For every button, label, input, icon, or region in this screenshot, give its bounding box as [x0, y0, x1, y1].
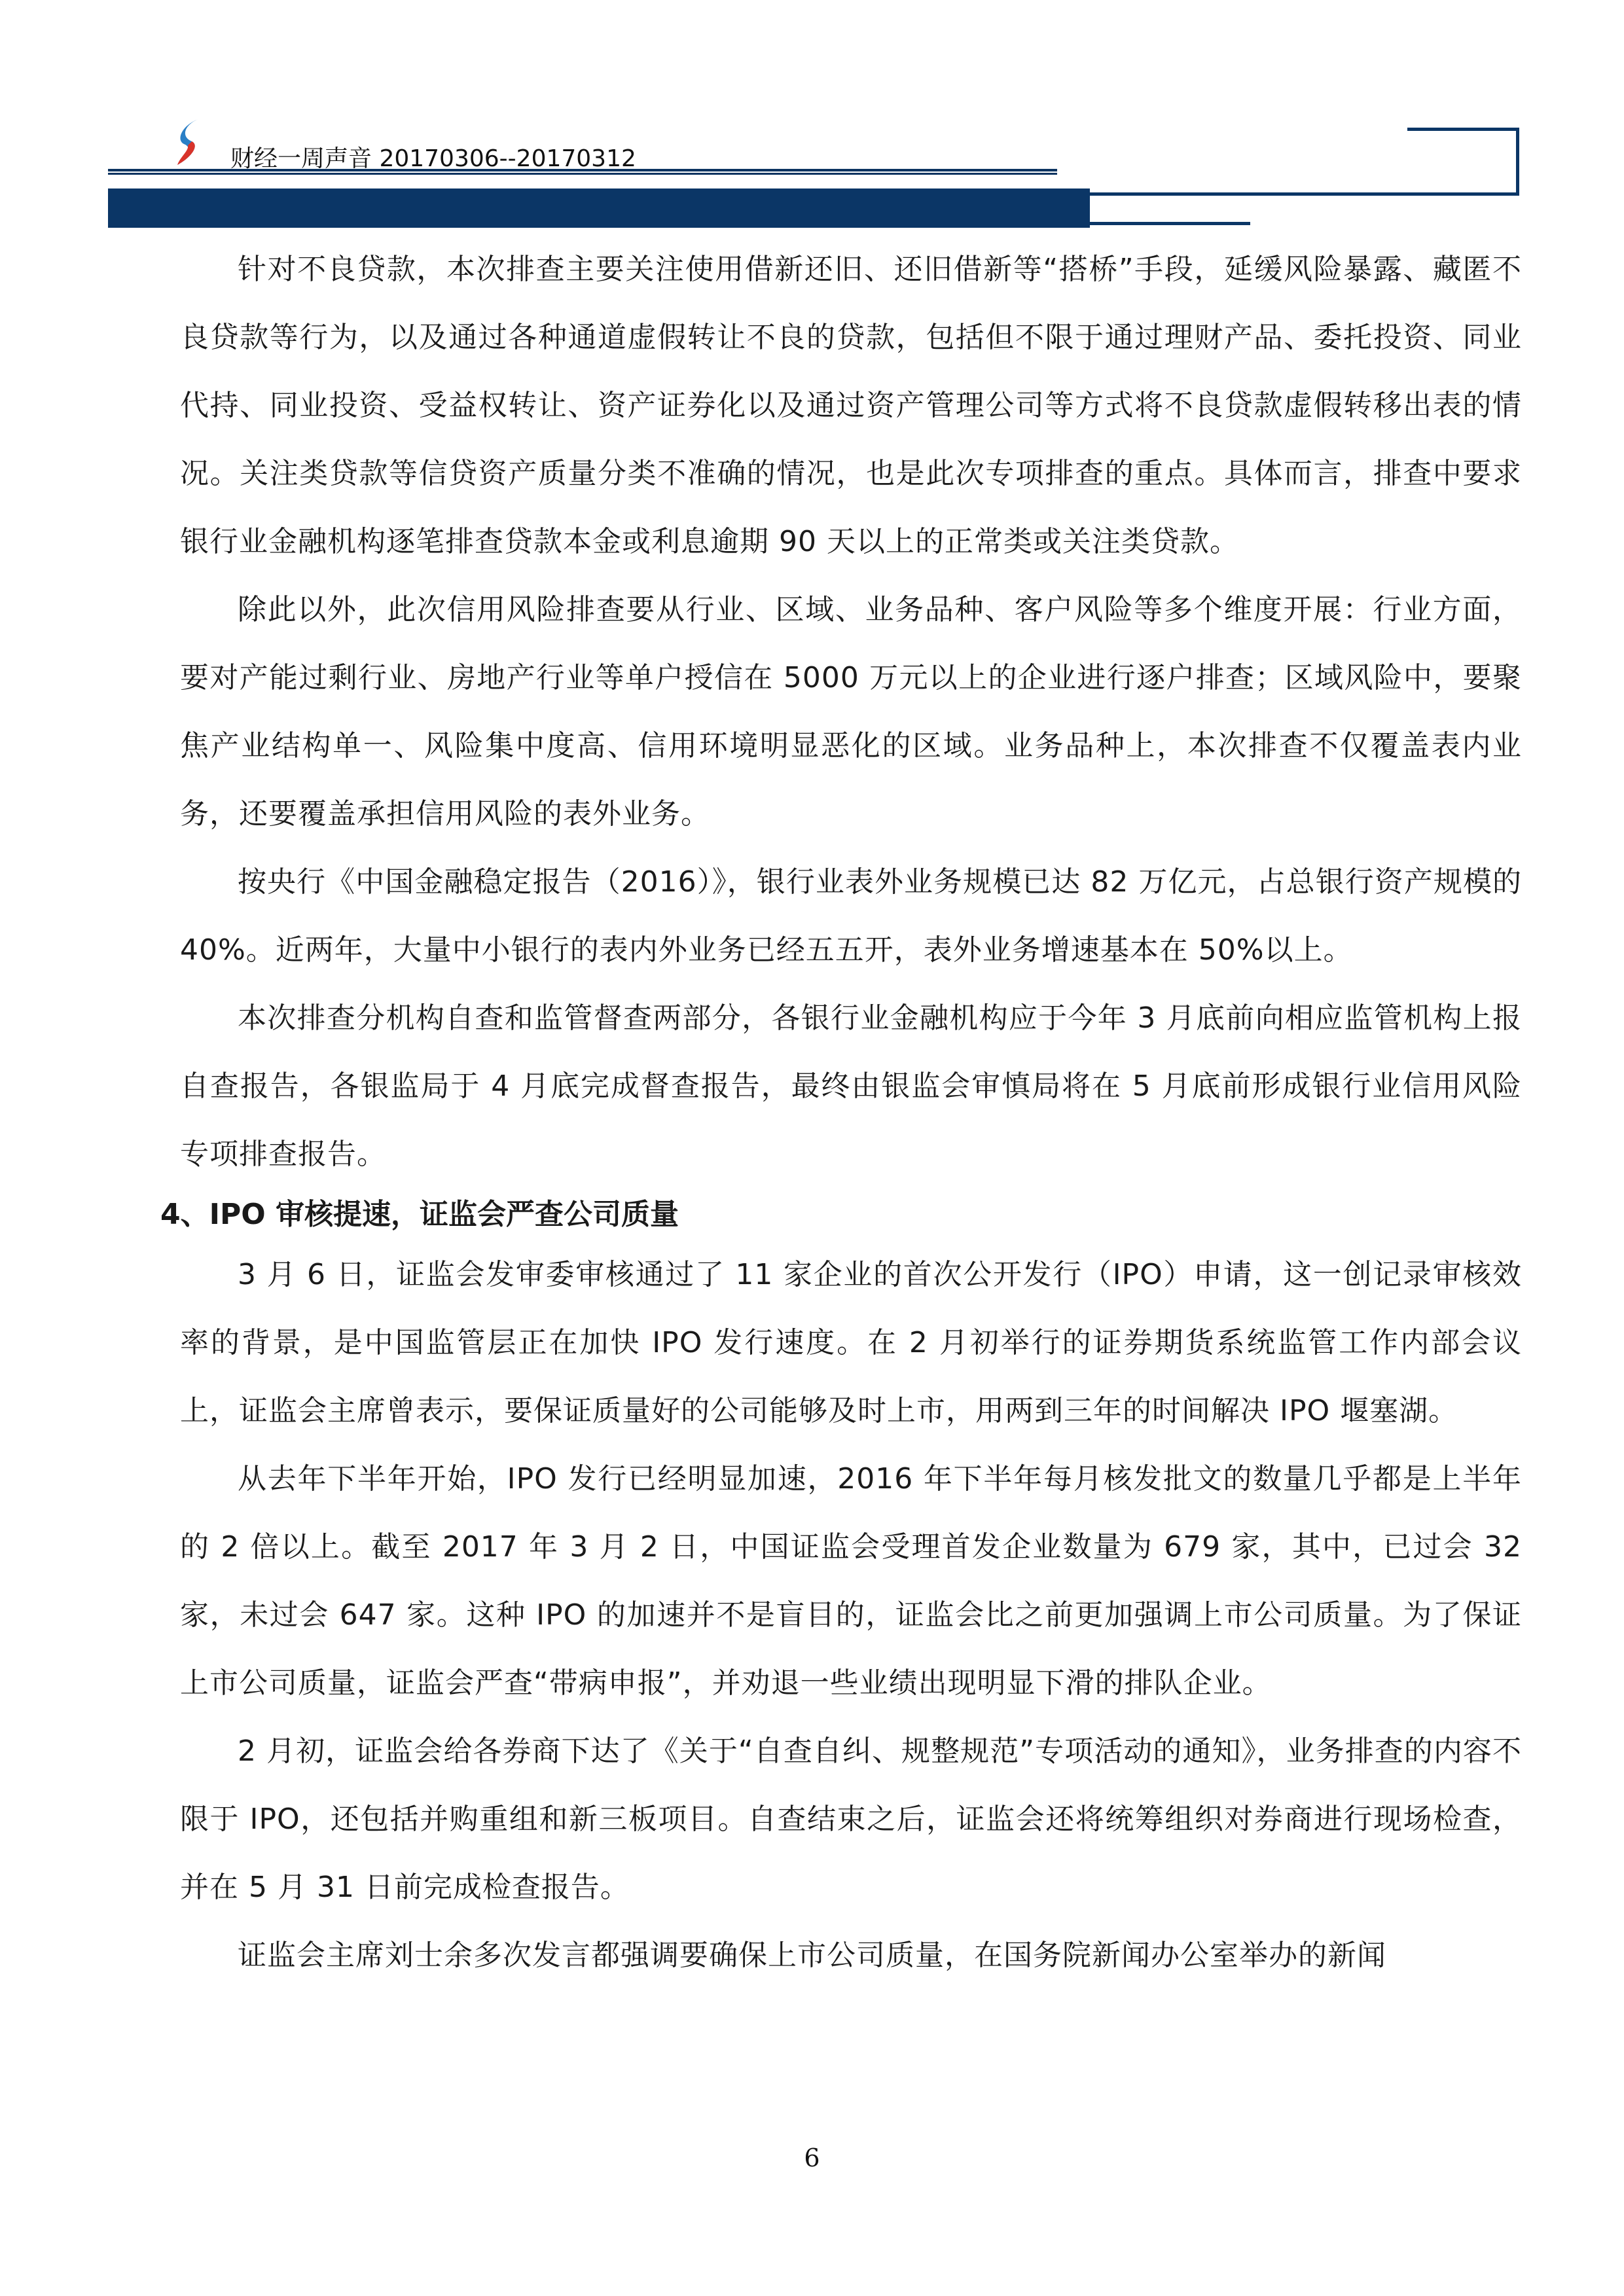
header-rule: [108, 173, 1057, 175]
paragraph: 本次排查分机构自查和监管督查两部分，各银行业金融机构应于今年 3 月底前向相应监…: [180, 984, 1522, 1189]
paragraph: 3 月 6 日，证监会发审委审核通过了 11 家企业的首次公开发行（IPO）申请…: [180, 1241, 1522, 1445]
header-frame: [1041, 192, 1519, 196]
header-frame: [1407, 128, 1517, 131]
paragraph: 从去年下半年开始，IPO 发行已经明显加速，2016 年下半年每月核发批文的数量…: [180, 1445, 1522, 1717]
logo-icon: [173, 118, 206, 170]
document-body: 针对不良贷款，本次排查主要关注使用借新还旧、还旧借新等“搭桥”手段，延缓风险暴露…: [180, 236, 1522, 1990]
header-rule: [108, 169, 1057, 171]
paragraph: 2 月初，证监会给各券商下达了《关于“自查自纠、规整规范”专项活动的通知》，业务…: [180, 1717, 1522, 1922]
header-frame: [1041, 222, 1250, 225]
paragraph: 除此以外，此次信用风险排查要从行业、区域、业务品种、客户风险等多个维度开展：行业…: [180, 576, 1522, 848]
page-number: 6: [0, 2144, 1624, 2172]
header-frame: [1041, 192, 1044, 225]
paragraph: 证监会主席刘士余多次发言都强调要确保上市公司质量，在国务院新闻办公室举办的新闻: [180, 1922, 1522, 1990]
paragraph: 按央行《中国金融稳定报告（2016）》，银行业表外业务规模已达 82 万亿元，占…: [180, 848, 1522, 984]
paragraph: 针对不良贷款，本次排查主要关注使用借新还旧、还旧借新等“搭桥”手段，延缓风险暴露…: [180, 236, 1522, 576]
header-frame: [1516, 128, 1519, 194]
section-heading: 4、IPO 审核提速，证监会严查公司质量: [160, 1189, 1522, 1241]
header-band: [108, 188, 1090, 228]
